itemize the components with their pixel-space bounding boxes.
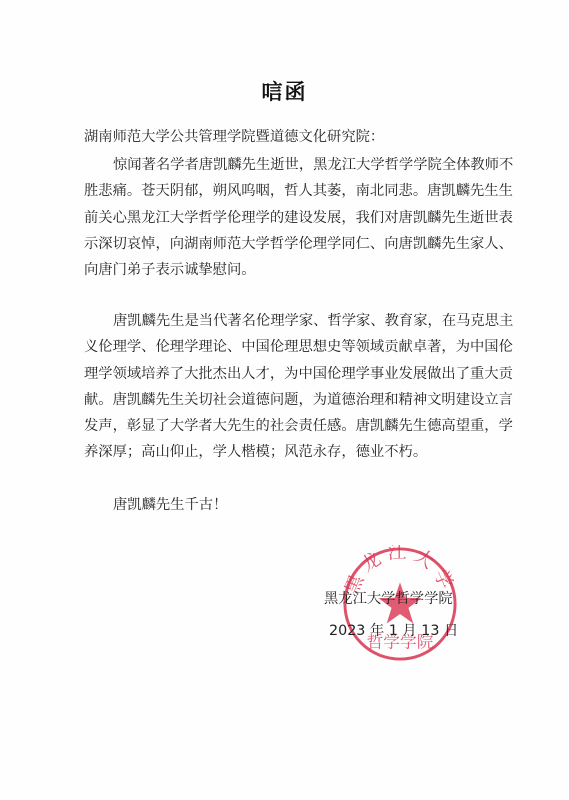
- text-line: 唐凯麟先生千古！: [84, 492, 489, 518]
- paragraph-tribute: 唐凯麟先生是当代著名伦理学家、哲学家、教育家，在马克思主 义伦理学、伦理学理论、…: [84, 308, 489, 466]
- text-line: 向唐门弟子表示诚挚慰问。: [84, 257, 489, 283]
- text-line: 前关心黑龙江大学哲学伦理学的建设发展，我们对唐凯麟先生逝世表: [84, 205, 489, 231]
- text-line: 发声，彰显了大学者大先生的社会责任感。唐凯麟先生德高望重，学: [84, 413, 489, 439]
- text-line: 示深切哀悼，向湖南师范大学哲学伦理学同仁、向唐凯麟先生家人、: [84, 231, 489, 257]
- salutation: 湖南师范大学公共管理学院暨道德文化研究院：: [84, 126, 384, 146]
- text-line: 胜悲痛。苍天阴郁，朔风呜咽，哲人其萎，南北同悲。唐凯麟先生生: [84, 178, 489, 204]
- date: 2023 年 1 月 13 日: [329, 620, 458, 640]
- signature: 黑龙江大学哲学学院: [324, 588, 453, 608]
- text-line: 理学领域培养了大批杰出人才，为中国伦理学事业发展做出了重大贡: [84, 361, 489, 387]
- paragraph-farewell: 唐凯麟先生千古！: [84, 492, 489, 518]
- document-title: 唁函: [0, 76, 569, 106]
- paragraph-condolence: 惊闻著名学者唐凯麟先生逝世，黑龙江大学哲学学院全体教师不 胜悲痛。苍天阴郁，朔风…: [84, 152, 489, 283]
- text-line: 惊闻著名学者唐凯麟先生逝世，黑龙江大学哲学学院全体教师不: [84, 152, 489, 178]
- text-line: 献。唐凯麟先生关切社会道德问题，为道德治理和精神文明建设立言: [84, 387, 489, 413]
- text-line: 义伦理学、伦理学理论、中国伦理思想史等领域贡献卓著，为中国伦: [84, 334, 489, 360]
- text-line: 养深厚；高山仰止，学人楷模；风范永存，德业不朽。: [84, 439, 489, 465]
- text-line: 唐凯麟先生是当代著名伦理学家、哲学家、教育家，在马克思主: [84, 308, 489, 334]
